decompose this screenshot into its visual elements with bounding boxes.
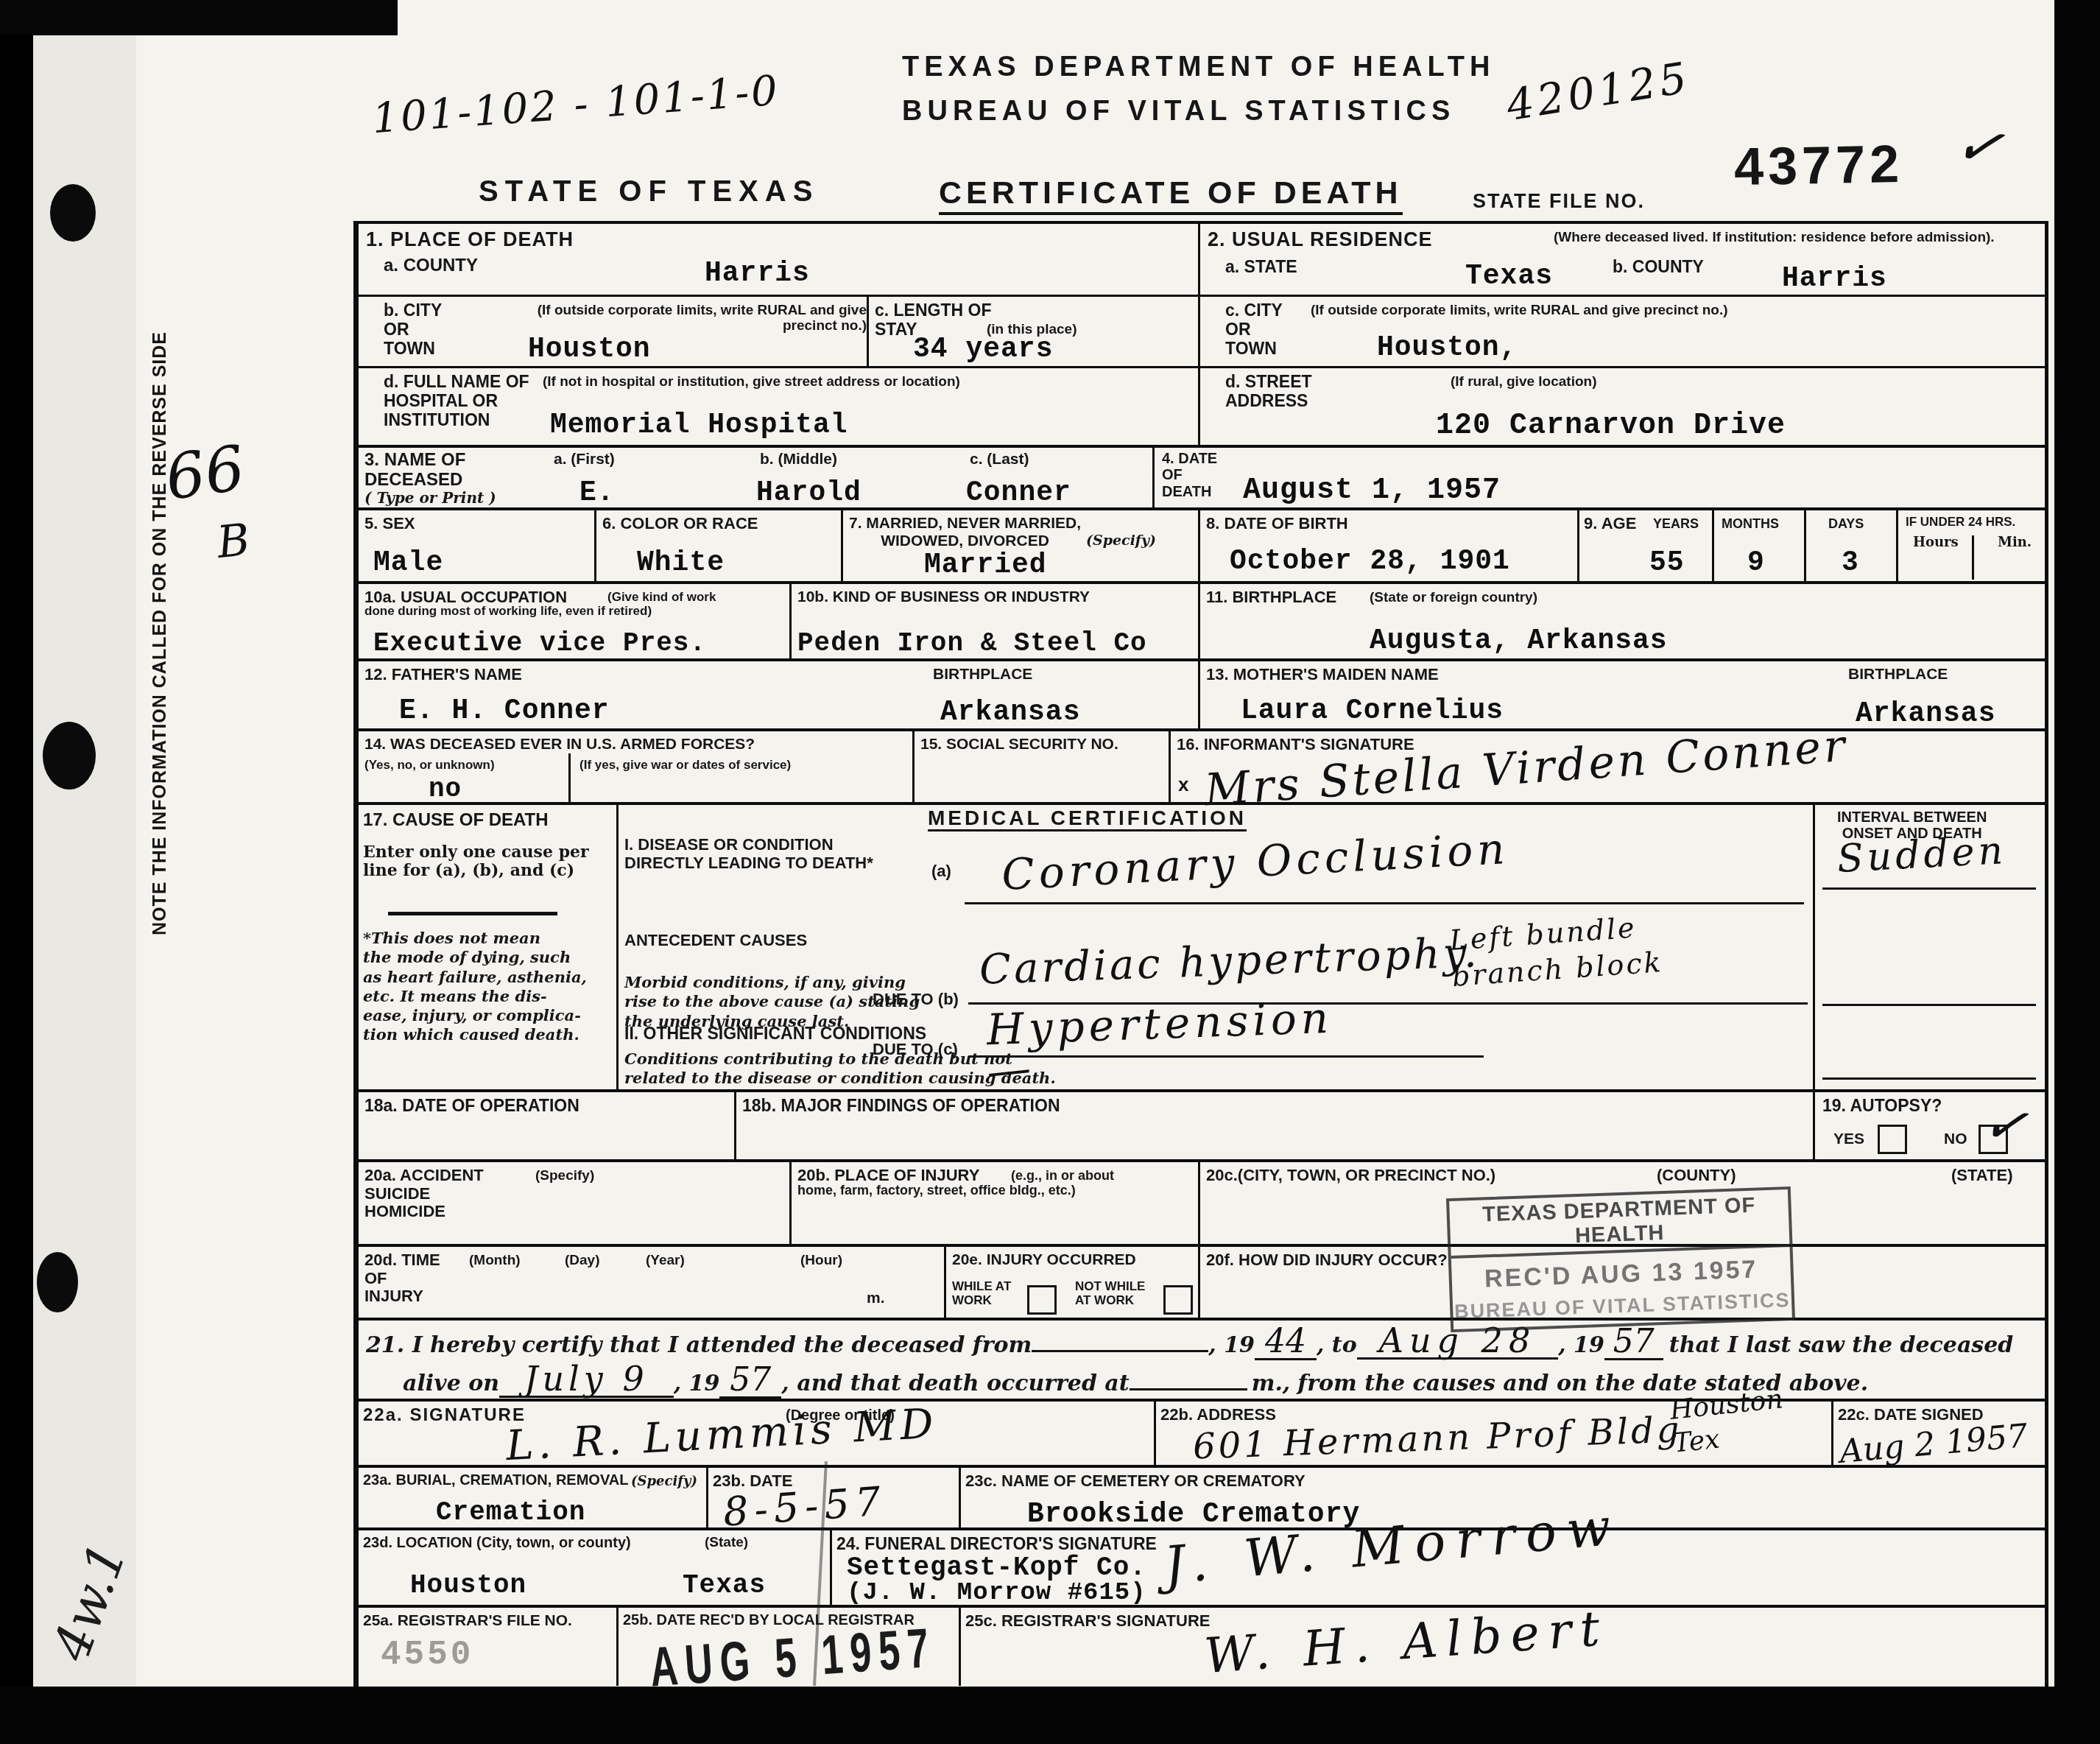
row-physician: 22a. SIGNATURE (Degree or title) L. R. L… xyxy=(359,1399,2045,1465)
section-20e-injury-occurred: 20e. INJURY OCCURRED WHILE AT WORK NOT W… xyxy=(944,1247,1198,1318)
s20d-day: (Day) xyxy=(565,1253,600,1268)
s20c-label: 20c.(CITY, TOWN, OR PRECINCT NO.) xyxy=(1206,1167,1495,1185)
row-location-director: 23d. LOCATION (City, town, or county) (S… xyxy=(359,1527,2045,1605)
s1d-label: d. FULL NAME OF HOSPITAL OR INSTITUTION xyxy=(384,373,529,429)
s21-hw-year1: 44 xyxy=(1255,1326,1317,1360)
s13-bp-label: BIRTHPLACE xyxy=(1848,666,1948,683)
s20e-label: 20e. INJURY OCCURRED xyxy=(952,1251,1136,1269)
s21-part1: 21. I hereby certify that I attended the… xyxy=(366,1332,1032,1360)
s14-divider xyxy=(568,753,571,805)
section-22a-signature: 22a. SIGNATURE (Degree or title) L. R. L… xyxy=(359,1402,1154,1465)
med-a-tag: (a) xyxy=(931,862,951,881)
s22b-value2-hw: Houston Tex xyxy=(1669,1382,1789,1460)
s2c-note: (If outside corporate limits, write RURA… xyxy=(1311,303,2010,318)
s12-bp-label: BIRTHPLACE xyxy=(933,666,1032,683)
s11-label: 11. BIRTHPLACE xyxy=(1206,588,1336,607)
s13-label: 13. MOTHER'S MAIDEN NAME xyxy=(1206,666,1439,684)
medical-certification: MEDICAL CERTIFICATION I. DISEASE OR COND… xyxy=(616,805,1813,1089)
row-forces-ssn-informant: 14. WAS DECEASED EVER IN U.S. ARMED FORC… xyxy=(359,728,2045,802)
received-stamp-line2: REC'D AUG 13 1957 xyxy=(1451,1254,1791,1295)
s1a-value: Harris xyxy=(705,259,810,289)
s9-min-label: Min. xyxy=(1998,535,2032,550)
med-antecedent: ANTECEDENT CAUSES xyxy=(624,932,807,950)
section-20b-place-injury: 20b. PLACE OF INJURY (e.g., in or about … xyxy=(789,1162,1198,1244)
s22a-label: 22a. SIGNATURE xyxy=(363,1406,526,1426)
s23a-label: 23a. BURIAL, CREMATION, REMOVAL xyxy=(363,1472,628,1488)
s20f-label: 20f. HOW DID INJURY OCCUR? xyxy=(1206,1251,1448,1270)
s19-yes-label: YES xyxy=(1833,1131,1864,1148)
s12-label: 12. FATHER'S NAME xyxy=(364,666,522,684)
s21-pre-year3: , 19 xyxy=(674,1370,720,1398)
header-state-of-texas: STATE OF TEXAS xyxy=(479,175,819,208)
header-certificate-title: CERTIFICATE OF DEATH xyxy=(939,175,1403,215)
s1-title: 1. PLACE OF DEATH xyxy=(366,228,574,250)
s9-under24-col: IF UNDER 24 HRS. Hours Min. xyxy=(1896,510,2047,581)
s21-pre-year2: , 19 xyxy=(1558,1332,1604,1360)
received-stamp: TEXAS DEPARTMENT OF HEALTH REC'D AUG 13 … xyxy=(1446,1186,1795,1332)
section-1-place-of-death: 1. PLACE OF DEATH a. COUNTY Harris b. CI… xyxy=(359,224,1198,445)
s2-title-note: (Where deceased lived. If institution: r… xyxy=(1554,230,2032,245)
s23a-value: Cremation xyxy=(436,1499,585,1527)
s9-days-col: DAYS 3 xyxy=(1804,510,1896,581)
s4-label: 4. DATE OF DEATH xyxy=(1162,451,1217,500)
s20e-notwhile-label: NOT WHILE AT WORK xyxy=(1075,1279,1145,1307)
s23a-note: (Specify) xyxy=(631,1474,697,1491)
section-24-funeral-director: 24. FUNERAL DIRECTOR'S SIGNATURE Settega… xyxy=(830,1530,2045,1605)
s17-note1: Enter only one cause per line for (a), (… xyxy=(363,843,589,879)
s2d-value: 120 Carnarvon Drive xyxy=(1436,411,1786,442)
med-b-tag: DUE TO (b) xyxy=(873,991,959,1009)
s2c-label: c. CITY OR TOWN xyxy=(1225,301,1283,358)
s25a-value: 4550 xyxy=(381,1637,473,1673)
row-parents: 12. FATHER'S NAME BIRTHPLACE E. H. Conne… xyxy=(359,658,2045,728)
s19-no-label: NO xyxy=(1944,1131,1967,1148)
s23d-label: 23d. LOCATION (City, town, or county) xyxy=(363,1535,631,1551)
s16-label: 16. INFORMANT'S SIGNATURE xyxy=(1177,736,1414,754)
s12-value: E. H. Conner xyxy=(399,697,610,726)
section-21-certification: 21. I hereby certify that I attended the… xyxy=(359,1321,2045,1399)
s5-label: 5. SEX xyxy=(364,515,415,533)
s14-note1: (Yes, no, or unknown) xyxy=(364,758,495,772)
s1d-value: Memorial Hospital xyxy=(550,411,848,440)
received-stamp-line1: TEXAS DEPARTMENT OF HEALTH xyxy=(1449,1192,1789,1259)
s21-hw-year3: 57 xyxy=(719,1364,781,1399)
s9-label: 9. AGE xyxy=(1584,515,1636,533)
s20d-hour: (Hour) xyxy=(800,1253,842,1268)
s3-note: ( Type or Print ) xyxy=(364,489,496,507)
section-12-father: 12. FATHER'S NAME BIRTHPLACE E. H. Conne… xyxy=(359,661,1198,728)
row-operation-autopsy: 18a. DATE OF OPERATION 18b. MAJOR FINDIN… xyxy=(359,1089,2045,1159)
certificate-form: 1. PLACE OF DEATH a. COUNTY Harris b. CI… xyxy=(353,221,2048,1692)
s21-part4: , and that death occurred at xyxy=(781,1370,1129,1398)
s10b-value: Peden Iron & Steel Co xyxy=(797,630,1147,658)
s1c-length-of-stay: c. LENGTH OF STAY (in this place) 34 yea… xyxy=(867,297,1198,366)
row-sex-race-age: 5. SEX Male 6. COLOR OR RACE White 7. MA… xyxy=(359,507,2045,581)
s19-label: 19. AUTOPSY? xyxy=(1822,1097,1942,1116)
scanned-death-certificate: 4w.1 NOTE THE INFORMATION CALLED FOR ON … xyxy=(0,0,2100,1744)
section-23b-date: 23b. DATE 8-5-57 xyxy=(706,1468,959,1527)
s15-label: 15. SOCIAL SECURITY NO. xyxy=(920,736,1118,753)
s2c-value: Houston, xyxy=(1377,334,1517,363)
section-14-armed-forces: 14. WAS DECEASED EVER IN U.S. ARMED FORC… xyxy=(359,731,912,802)
s21-part3: alive on xyxy=(403,1370,499,1398)
s21-part5: from the causes and on the date stated a… xyxy=(1297,1370,1868,1398)
section-7-marital-status: 7. MARRIED, NEVER MARRIED, WIDOWED, DIVO… xyxy=(841,510,1198,581)
s7-label: 7. MARRIED, NEVER MARRIED, WIDOWED, DIVO… xyxy=(849,515,1081,549)
s2b-value: Harris xyxy=(1782,264,1887,294)
s11-value: Augusta, Arkansas xyxy=(1370,627,1668,656)
med-ii-label: II. OTHER SIGNIFICANT CONDITIONS xyxy=(624,1024,926,1044)
section-25c-registrar-signature: 25c. REGISTRAR'S SIGNATURE W. H. Albert xyxy=(959,1608,2045,1686)
s24-director: (J. W. Morrow #615) xyxy=(847,1580,1146,1607)
s14-note2: (If yes, give war or dates of service) xyxy=(579,758,791,772)
s14-value: no xyxy=(429,776,462,804)
s23d-state-note: (State) xyxy=(705,1535,748,1550)
s20a-label: 20a. ACCIDENT SUICIDE HOMICIDE xyxy=(364,1167,484,1221)
s22b-label: 22b. ADDRESS xyxy=(1160,1406,1276,1424)
interval-line-b xyxy=(1822,923,2036,1006)
s21-pre-year1: , 19 xyxy=(1208,1332,1255,1360)
received-stamp-line3: BUREAU OF VITAL STATISTICS xyxy=(1453,1289,1792,1323)
s3-last-label: c. (Last) xyxy=(970,451,1029,468)
row-place-residence: 1. PLACE OF DEATH a. COUNTY Harris b. CI… xyxy=(359,224,2045,445)
s3-first-label: a. (First) xyxy=(554,451,615,468)
hole-punch-top xyxy=(50,184,96,242)
hole-punch-bottom xyxy=(37,1252,78,1312)
header-department: TEXAS DEPARTMENT OF HEALTH xyxy=(902,52,1495,83)
s20e-notwhile-checkbox xyxy=(1163,1285,1193,1315)
s2d-note: (If rural, give location) xyxy=(1451,374,1596,390)
scan-black-bottom xyxy=(0,1687,2100,1744)
section-20d-time-injury: 20d. TIME OF INJURY (Month) (Day) (Year)… xyxy=(359,1247,944,1318)
s16-x-mark: x xyxy=(1178,774,1188,795)
section-19-autopsy: 19. AUTOPSY? YES NO ✓ xyxy=(1813,1092,2045,1159)
scan-black-corner xyxy=(0,0,398,35)
s22a-signature-hw: L. R. Lummis MD xyxy=(505,1404,939,1468)
s9-years-value: 55 xyxy=(1649,549,1685,578)
s17-label: 17. CAUSE OF DEATH xyxy=(363,811,549,831)
s1b-value: Houston xyxy=(528,335,651,365)
s3-last-value: Conner xyxy=(966,479,1071,508)
header-bureau: BUREAU OF VITAL STATISTICS xyxy=(902,96,1455,127)
section-3-name-of-deceased: 3. NAME OF DECEASED ( Type or Print ) a.… xyxy=(359,448,1152,507)
s9-months-col: MONTHS 9 xyxy=(1712,510,1804,581)
header-handwritten-number: 420125 xyxy=(1504,56,1693,127)
s10b-label: 10b. KIND OF BUSINESS OR INDUSTRY xyxy=(797,588,1090,606)
med-c-line xyxy=(968,974,1484,1058)
section-20a-accident: 20a. ACCIDENT SUICIDE HOMICIDE (Specify) xyxy=(359,1162,789,1244)
scan-left-strip xyxy=(33,0,136,1744)
certificate-paper: NOTE THE INFORMATION CALLED FOR ON THE R… xyxy=(136,0,2054,1690)
hole-punch-middle xyxy=(43,722,96,790)
s20d-m: m. xyxy=(867,1290,885,1307)
s12-bp-value: Arkansas xyxy=(940,698,1080,728)
s20c-state: (STATE) xyxy=(1951,1167,2013,1185)
s23d-state: Texas xyxy=(683,1572,766,1600)
reverse-side-note: NOTE THE INFORMATION CALLED FOR ON THE R… xyxy=(149,272,171,935)
section-22c-date-signed: 22c. DATE SIGNED Aug 2 1957 xyxy=(1831,1402,2045,1465)
s7-value: Married xyxy=(924,551,1047,580)
section-10b-industry: 10b. KIND OF BUSINESS OR INDUSTRY Peden … xyxy=(789,584,1198,658)
s20a-note: (Specify) xyxy=(535,1168,594,1184)
s14-label: 14. WAS DECEASED EVER IN U.S. ARMED FORC… xyxy=(364,736,755,753)
s3-first-value: E. xyxy=(579,479,615,508)
section-23a-burial: 23a. BURIAL, CREMATION, REMOVAL (Specify… xyxy=(359,1468,706,1527)
s9-days-value: 3 xyxy=(1842,549,1859,578)
section-18a-date-operation: 18a. DATE OF OPERATION xyxy=(359,1092,734,1159)
s9-hours-min-divider xyxy=(1972,535,1974,580)
state-file-check: ✓ xyxy=(1950,113,2009,180)
med-ii-value: — xyxy=(984,1046,1033,1094)
section-6-color-race: 6. COLOR OR RACE White xyxy=(594,510,841,581)
state-file-number: 43772 xyxy=(1733,135,1904,197)
row-burial: 23a. BURIAL, CREMATION, REMOVAL (Specify… xyxy=(359,1465,2045,1527)
interval-column: INTERVAL BETWEEN ONSET AND DEATH Sudden xyxy=(1813,805,2045,1089)
s19-yes-checkbox xyxy=(1878,1125,1907,1154)
s21-part2: that I last saw the deceased xyxy=(1669,1332,2014,1360)
s6-label: 6. COLOR OR RACE xyxy=(602,515,758,533)
s23b-value-hw: 8-5-57 xyxy=(722,1481,887,1532)
s2b-label: b. COUNTY xyxy=(1613,258,1704,277)
s20d-label: 20d. TIME OF INJURY xyxy=(364,1251,440,1306)
interval-line-c xyxy=(1822,996,2036,1080)
s21-hw-year2: 57 xyxy=(1604,1326,1663,1360)
s21-to: , to xyxy=(1317,1332,1357,1360)
s19-no-check: ✓ xyxy=(1979,1094,2032,1154)
section-10a-occupation: 10a. USUAL OCCUPATION (Give kind of work… xyxy=(359,584,789,658)
s5-value: Male xyxy=(373,549,443,578)
s21-m: m., xyxy=(1252,1370,1291,1398)
section-9-age: 9. AGE YEARS 55 MONTHS 9 DAYS 3 IF UNDER… xyxy=(1577,510,2045,581)
s2-title: 2. USUAL RESIDENCE xyxy=(1208,228,1433,250)
s3-label: 3. NAME OF DECEASED xyxy=(364,451,465,490)
s1b-note: (If outside corporate limits, write RURA… xyxy=(469,303,867,334)
s6-value: White xyxy=(637,549,725,578)
section-2-usual-residence: 2. USUAL RESIDENCE (Where deceased lived… xyxy=(1198,224,2045,445)
s21-blank2 xyxy=(1130,1388,1247,1390)
s20d-month: (Month) xyxy=(469,1253,521,1268)
s10a-note: (Give kind of work done during most of w… xyxy=(364,590,777,618)
s8-value: October 28, 1901 xyxy=(1230,547,1510,577)
s1d-note: (If not in hospital or institution, give… xyxy=(543,374,1176,390)
section-8-date-of-birth: 8. DATE OF BIRTH October 28, 1901 xyxy=(1198,510,1577,581)
s7-note: (Specify) xyxy=(1086,532,1156,550)
s9-years-col: 9. AGE YEARS 55 xyxy=(1579,510,1712,581)
s8-label: 8. DATE OF BIRTH xyxy=(1206,515,1348,533)
s23d-city: Houston xyxy=(410,1572,526,1600)
section-22b-address: 22b. ADDRESS 601 Hermann Prof Bldg Houst… xyxy=(1154,1402,1831,1465)
s9-days-label: DAYS xyxy=(1828,516,1864,531)
s18a-label: 18a. DATE OF OPERATION xyxy=(364,1097,579,1116)
s20d-year: (Year) xyxy=(646,1253,685,1268)
s9-years-label: YEARS xyxy=(1653,516,1699,531)
section-25a-file-no: 25a. REGISTRAR'S FILE NO. 4550 xyxy=(359,1608,616,1686)
s20c-county: (COUNTY) xyxy=(1657,1167,1736,1185)
interval-line-a xyxy=(1822,805,2036,890)
scan-black-right xyxy=(2054,0,2100,1744)
s1a-label: a. COUNTY xyxy=(384,256,478,276)
section-13-mother: 13. MOTHER'S MAIDEN NAME BIRTHPLACE Laur… xyxy=(1198,661,2045,728)
s1b-label: b. CITY OR TOWN xyxy=(384,301,442,358)
s2a-label: a. STATE xyxy=(1225,258,1297,277)
s13-value: Laura Cornelius xyxy=(1241,697,1504,726)
s21-blank1 xyxy=(1032,1350,1208,1352)
s24-label: 24. FUNERAL DIRECTOR'S SIGNATURE xyxy=(836,1535,1157,1554)
s2a-value: Texas xyxy=(1465,262,1553,292)
s4-value: August 1, 1957 xyxy=(1243,476,1501,507)
margin-handwriting-66: 66 xyxy=(162,437,249,509)
section-11-birthplace: 11. BIRTHPLACE (State or foreign country… xyxy=(1198,584,2045,658)
s25c-label: 25c. REGISTRAR'S SIGNATURE xyxy=(965,1612,1210,1631)
s17-note2: *This does not mean the mode of dying, s… xyxy=(363,929,587,1045)
header-handwritten-code: 101-102 - 101-1-0 xyxy=(371,71,781,141)
s20e-while-label: WHILE AT WORK xyxy=(952,1279,1011,1307)
s20b-note: (e.g., in or about home, farm, factory, … xyxy=(797,1168,1195,1198)
s25a-label: 25a. REGISTRAR'S FILE NO. xyxy=(363,1612,572,1630)
section-23d-location: 23d. LOCATION (City, town, or county) (S… xyxy=(359,1530,830,1605)
section-16-informant: 16. INFORMANT'S SIGNATURE x Mrs Stella V… xyxy=(1169,731,2045,802)
section-25b-date-recd: 25b. DATE REC'D BY LOCAL REGISTRAR AUG 5… xyxy=(616,1608,959,1686)
s18b-label: 18b. MAJOR FINDINGS OF OPERATION xyxy=(742,1097,1060,1116)
s3-middle-label: b. (Middle) xyxy=(760,451,837,468)
section-4-date-of-death: 4. DATE OF DEATH August 1, 1957 xyxy=(1152,448,2045,507)
med-i-label: I. DISEASE OR CONDITION DIRECTLY LEADING… xyxy=(624,836,873,872)
s11-note: (State or foreign country) xyxy=(1370,590,1537,605)
s23c-label: 23c. NAME OF CEMETERY OR CREMATORY xyxy=(965,1472,1306,1491)
s20e-while-checkbox xyxy=(1027,1285,1057,1315)
row-cause-of-death: 17. CAUSE OF DEATH Enter only one cause … xyxy=(359,802,2045,1089)
row-name-dod: 3. NAME OF DECEASED ( Type or Print ) a.… xyxy=(359,445,2045,507)
section-17-cause-col: 17. CAUSE OF DEATH Enter only one cause … xyxy=(359,805,616,1089)
s21-hw-date3: July 9 xyxy=(499,1362,674,1398)
section-5-sex: 5. SEX Male xyxy=(359,510,594,581)
row-certify: 21. I hereby certify that I attended the… xyxy=(359,1318,2045,1399)
s3-middle-value: Harold xyxy=(756,479,862,508)
s22c-label: 22c. DATE SIGNED xyxy=(1838,1406,1984,1424)
s2d-label: d. STREET ADDRESS xyxy=(1225,373,1312,411)
margin-handwriting-b: B xyxy=(215,518,252,565)
s9-under-label: IF UNDER 24 HRS. xyxy=(1906,515,2015,529)
row-registrar: 25a. REGISTRAR'S FILE NO. 4550 25b. DATE… xyxy=(359,1605,2045,1686)
s1c-value: 34 years xyxy=(913,335,1053,365)
section-15-ssn: 15. SOCIAL SECURITY NO. xyxy=(912,731,1169,802)
row-occupation-birthplace: 10a. USUAL OCCUPATION (Give kind of work… xyxy=(359,581,2045,658)
section-18b-findings: 18b. MAJOR FINDINGS OF OPERATION xyxy=(734,1092,1813,1159)
s9-hours-label: Hours xyxy=(1913,535,1959,550)
s9-months-value: 9 xyxy=(1747,549,1765,578)
s25c-signature-hw: W. H. Albert xyxy=(1202,1604,1610,1681)
s9-months-label: MONTHS xyxy=(1722,516,1779,531)
s10a-value: Executive vice Pres. xyxy=(373,630,706,658)
s22c-value-hw: Aug 2 1957 xyxy=(1839,1420,2029,1469)
s17-separator xyxy=(388,912,557,915)
state-file-no-label: STATE FILE NO. xyxy=(1473,190,1645,212)
s13-bp-value: Arkansas xyxy=(1856,700,1995,729)
s24-firm: Settegast-Kopf Co. xyxy=(847,1554,1146,1582)
